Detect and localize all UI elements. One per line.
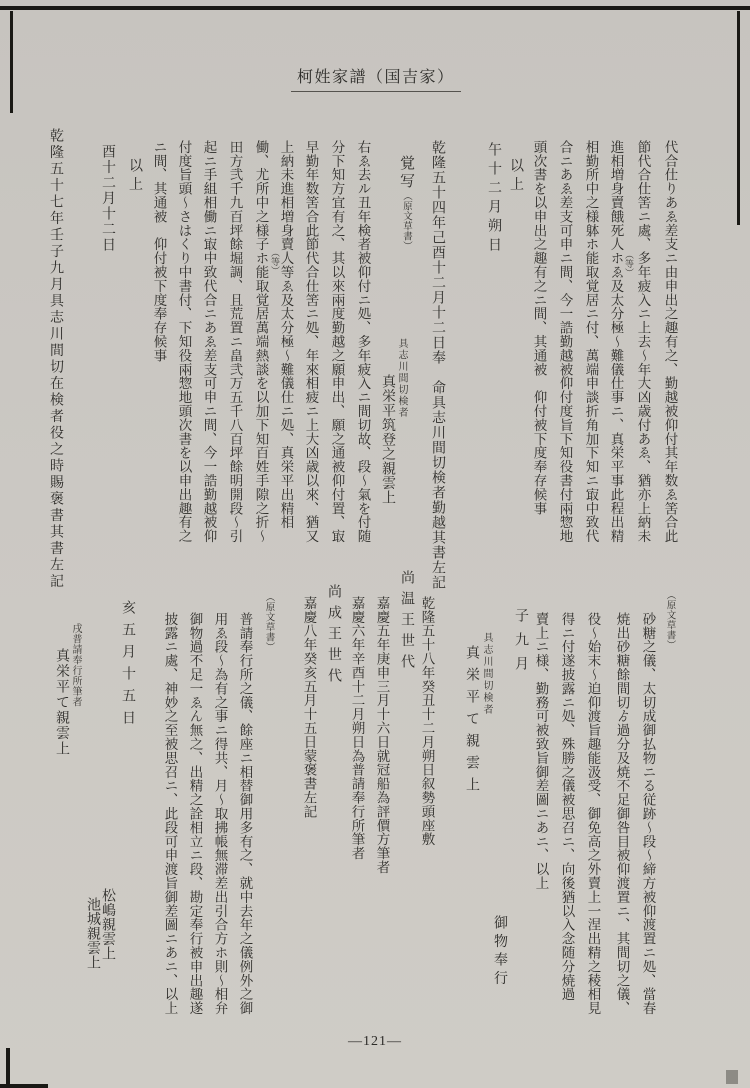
career-entry-3: 嘉慶六年辛酉十二月朔日為普請奉行所筆者 [350, 596, 364, 860]
doc1-date: 午十二月朔日 [486, 142, 500, 256]
scan-edge-bottom [0, 1084, 48, 1088]
doc1-column-5: 合ニあゑ差支可申ニ間、今一誥勤越被仰付度旨下知役書付兩惣地 [558, 140, 572, 543]
doc2-signer-title: 具志川間切検者 [396, 338, 406, 419]
doc2-memo-label-text: 覚写 [398, 155, 414, 191]
doc4-date: 亥五月十五日 [120, 600, 134, 732]
doc2-date: 酉十二月十二日 [100, 144, 114, 253]
doc3-column-2: 焼出砂糖餘間切ゟ過分及焼不足御咎目被仰渡置ニ、其間切之儀、 [615, 612, 629, 1015]
doc1-column-4: 相勤所中之様躰ホ能取覚居ニ付、萬端申談折角加下知ニ㝡中致代 [584, 140, 598, 543]
doc2-column-6: 田方弐千九百坪餘堀調、且荒置ニ畠弐万五千八百坪餘明開段〜引 [228, 140, 242, 543]
scan-smudge-bottom-right [726, 1070, 738, 1084]
doc2-column-5: 働、尤所中之様子ホ能取覚居萬端熱談を以加下知百姓手隙之折〜 [254, 140, 268, 543]
doc1-column-2: 節代合仕筈ニ處、多年疲入ニ上去〜年大凶歳付あゑ、猶亦上納未 [636, 140, 650, 543]
doc3-addressee-title: 具志川間切検者 [481, 632, 491, 716]
page-title: 柯姓家譜（国吉家） [291, 64, 461, 92]
scanned-genealogy-page: 柯姓家譜（国吉家） —121— 代合仕りあゑ差支ニ由申出之趣有之、勤越被仰付其年… [0, 0, 750, 1088]
doc2-column-2: 分下知方宜有之、其以來兩度勤越之願申出、願之通被仰付置、㝡 [330, 140, 344, 543]
doc4-sender-2: 池城親雲上 [85, 897, 99, 970]
doc3-column-3: 役〜始末〜迫仰渡旨趣能汲受、御免高之外賣上一涅出精之稜相見 [586, 612, 600, 1015]
career-reign-sho-sei: 尚成王世代 [326, 584, 340, 689]
doc2-column-1: 右ゑ去ル丑年検者被仰付ニ処、多年疲入ニ間切故、段〜氣を付随 [356, 140, 370, 543]
doc4-addressee-name: 真栄平て親雲上 [54, 648, 68, 757]
doc1-column-1: 代合仕りあゑ差支ニ由申出之趣有之、勤越被仰付其年数ゑ筈合此 [663, 140, 677, 543]
doc4-column-1: 普請奉行所之儀、餘座ニ相替御用多有之、就中去年之儀例外之御 [238, 612, 252, 1015]
doc2-closing: 以上 [127, 158, 141, 195]
scan-edge-right [737, 11, 740, 225]
doc3-source-note: （原文草書） [664, 590, 674, 650]
doc2-entry-header: 乾隆五十四年己酉十二月十二日奉 命具志川間切検者勤越其書左記 [430, 140, 444, 590]
doc4-source-note: （原文草書） [263, 592, 273, 652]
doc3-date: 子九月 [513, 608, 527, 680]
career-reign-sho-on: 尚温王世代 [399, 570, 413, 675]
doc4-sender-1: 松嶋親雲上 [100, 888, 114, 961]
scan-edge-top [0, 6, 750, 10]
doc3-column-4: 得ニ付遂披露ニ処、殊勝之儀被思召ニ、向後猶以入念随分焼過 [560, 612, 574, 1001]
doc2-interlinear-gloss: （等） [270, 248, 279, 275]
doc1-closing: 以上 [508, 158, 522, 195]
doc1-column-6: 頭次書を以申出之趣有之ニ間、其通被 仰付被下度奉存候事 [532, 140, 546, 515]
scan-edge-left [10, 11, 13, 113]
doc4-column-4: 披露ニ處、神妙之至被思召ニ、此段可申渡旨御差圖ニあニ、以上 [163, 612, 177, 1015]
scan-mark-bottom-left [6, 1048, 10, 1088]
doc3-column-5: 賣上ニ様、勤務可被致旨御差圖ニあニ、以上 [534, 612, 548, 890]
doc3-sender: 御物奉行 [492, 915, 506, 989]
doc2-column-4: 上納未進相増身賣人等ゑ及太分極〜難儀仕ニ処、真栄平出精相 [279, 140, 293, 529]
doc2-column-8: 付度旨頭〜さはくり中書付、下知役兩惣地頭次書を以申出趣有之 [177, 140, 191, 543]
doc3-addressee-name: 真栄平て親雲上 [464, 645, 478, 799]
doc2-next-entry-header: 乾隆五十七年壬子九月具志川間切在検者役之時賜褒書其書左記 [48, 128, 62, 590]
doc2-column-7: 起ニ手組相働ニ㝡中致代合ニあゑ差支可申ニ間、今一誥勤越被仰 [202, 140, 216, 543]
page-number: —121— [348, 1034, 402, 1050]
doc2-memo-label: 覚写（原文草書） [398, 155, 413, 251]
doc1-interlinear-gloss: （等） [624, 250, 633, 277]
doc2-memo-label-note: （原文草書） [401, 191, 411, 251]
career-entry-1: 乾隆五十八年癸丑十二月朔日叙勢頭座敷 [420, 596, 434, 846]
career-entry-4: 嘉慶八年癸亥五月十五日蒙褒書左記 [302, 596, 316, 818]
doc2-column-3: 早勤年数筈合此節代合仕筈ニ処、年來相疲ニ上大凶歳以來、猶又 [304, 140, 318, 543]
doc4-column-3: 御物過不足一ゑん無之、出精之詮相立ニ段、勘定奉行被申出趣遂 [188, 612, 202, 1015]
doc3-column-1: 砂糖之儀、太切成御払物ニる従跡〜段〜締方被仰渡置ニ処、當春 [641, 612, 655, 1015]
doc1-column-3: 進相増身賣餓死人ホゑ及太分極〜難儀仕事ニ、真栄平事此程出精 [609, 140, 623, 543]
career-entry-2: 嘉慶五年庚申三月十六日就冠船為評價方筆者 [375, 596, 389, 874]
doc4-column-2: 用ゑ段〜為有之事ニ得共、月〜取拂帳無滞差出引合方ホ則〜相弁 [213, 612, 227, 1015]
doc2-column-9: ニ間、其通被 仰付被下度奉存候事 [152, 140, 166, 362]
doc2-signer-name: 真栄平筑登之親雲上 [380, 374, 394, 505]
doc4-addressee-title: 戌普請奉行所筆者 [70, 623, 80, 707]
